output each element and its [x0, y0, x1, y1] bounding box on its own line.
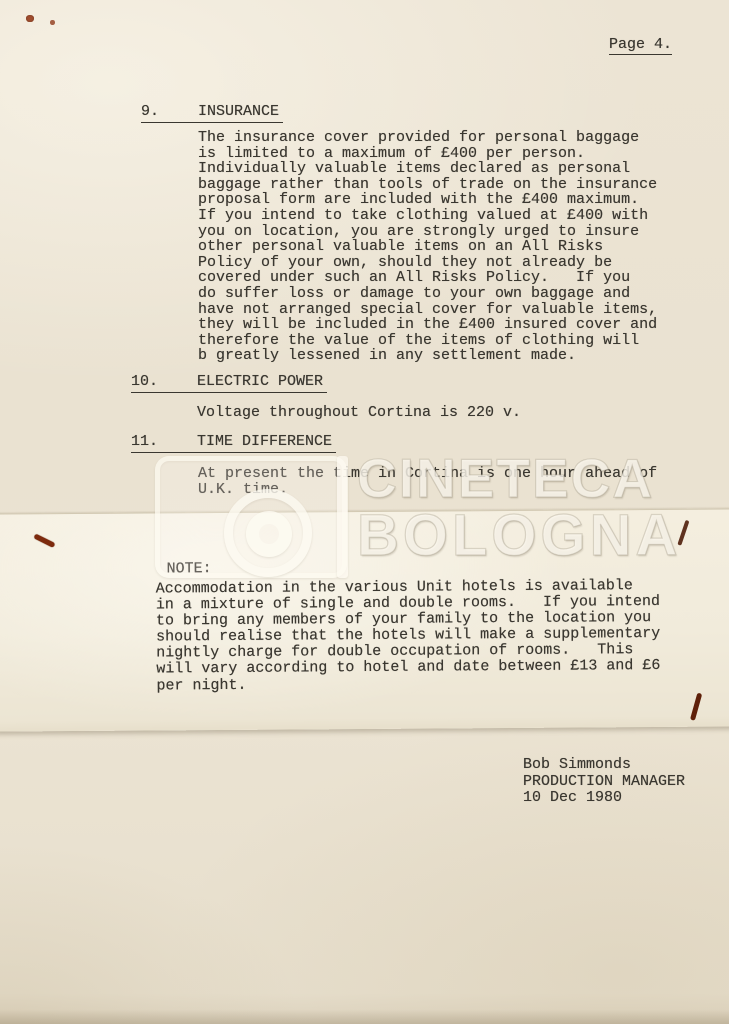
rust-staple-mark — [690, 693, 702, 721]
page-number: Page 4. — [609, 37, 672, 55]
section-body-insurance: The insurance cover provided for persona… — [198, 130, 673, 364]
signature-name: Bob Simmonds — [523, 756, 631, 773]
signature-block: Bob Simmonds PRODUCTION MANAGER 10 Dec 1… — [523, 757, 685, 807]
scanned-memo-page: Page 4. 9. INSURANCE The insurance cover… — [0, 0, 729, 1024]
rust-staple-mark — [677, 520, 689, 546]
note-body: Accommodation in the various Unit hotels… — [156, 578, 697, 694]
section-number: 9. — [141, 104, 198, 120]
rust-staple-mark — [33, 534, 55, 548]
rust-speck — [50, 20, 55, 25]
section-body-time-difference: At present the time in Cortina is one ho… — [198, 466, 678, 497]
signature-role: PRODUCTION MANAGER — [523, 773, 685, 790]
section-heading-insurance: 9. INSURANCE — [141, 104, 283, 123]
section-title: INSURANCE — [198, 104, 279, 120]
section-title: ELECTRIC POWER — [197, 374, 323, 390]
note-slip: NOTE: Accommodation in the various Unit … — [0, 508, 729, 731]
section-number: 11. — [131, 434, 197, 450]
signature-date: 10 Dec 1980 — [523, 789, 622, 806]
section-heading-time-difference: 11. TIME DIFFERENCE — [131, 434, 336, 453]
section-body-electric-power: Voltage throughout Cortina is 220 v. — [197, 405, 617, 421]
rust-speck — [26, 15, 34, 22]
section-title: TIME DIFFERENCE — [197, 434, 332, 450]
note-label: NOTE: — [167, 561, 212, 577]
section-number: 10. — [131, 374, 197, 390]
section-heading-electric-power: 10. ELECTRIC POWER — [131, 374, 327, 393]
